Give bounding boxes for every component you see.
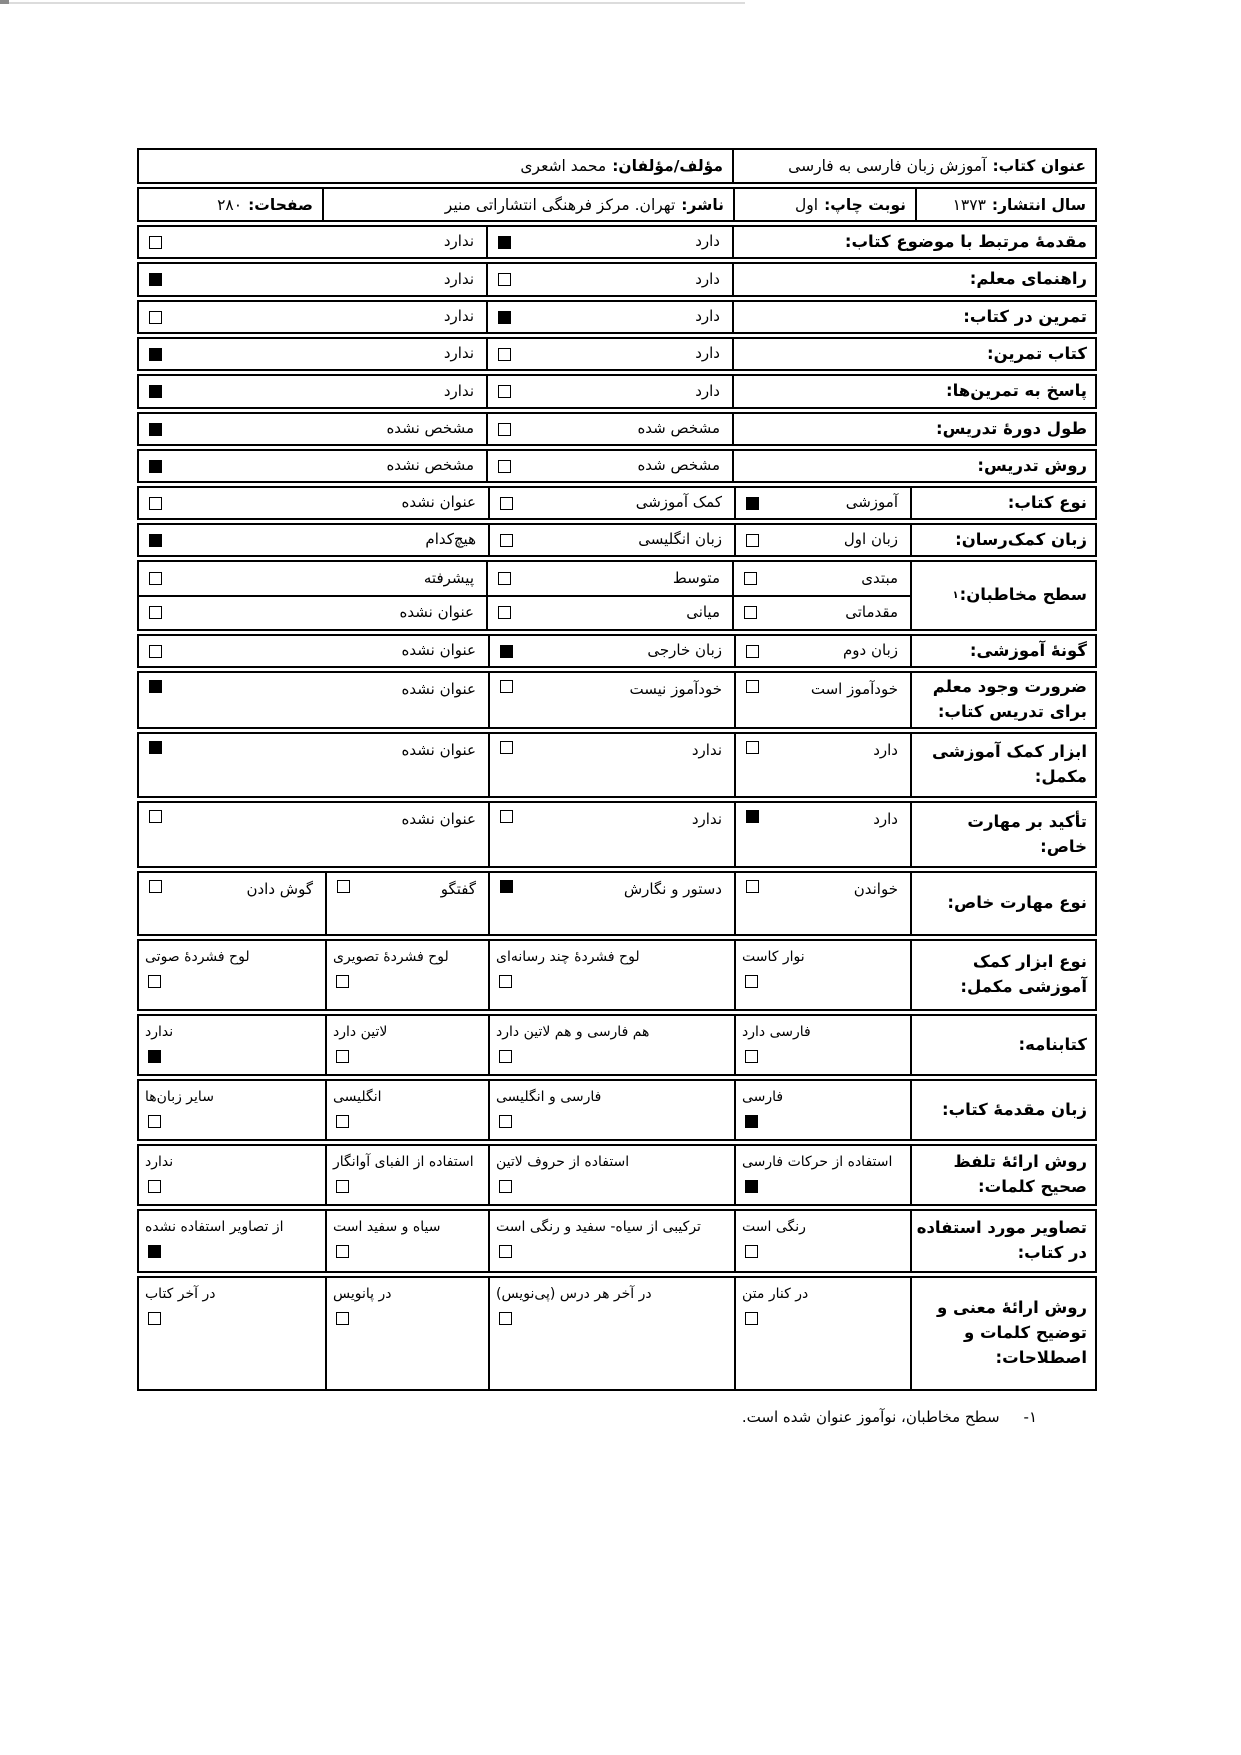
option-cell: ندارد — [139, 1146, 327, 1204]
option-cell: عنوان نشده — [139, 597, 488, 630]
row-label: زبان مقدمهٔ کتاب: — [912, 1081, 1095, 1139]
option-cell: دارد — [488, 339, 734, 369]
option-label: انگلیسی — [333, 1088, 484, 1106]
row-label-text: نوع مهارت خاص: — [947, 891, 1087, 916]
option-label: در کنار متن — [742, 1285, 906, 1303]
option-label: دارد — [873, 810, 898, 830]
option-cell: ندارد — [139, 1016, 327, 1074]
option-cell: مبتدی — [734, 562, 910, 595]
option-label: در آخر هر درس (پی‌نویس) — [496, 1285, 730, 1303]
option-cell: هم فارسی و هم لاتین دارد — [490, 1016, 736, 1074]
checkbox-unchecked-icon — [499, 1312, 512, 1325]
checkbox-checked-icon — [498, 236, 511, 249]
option-cell: ترکیبی از سیاه- سفید و رنگی است — [490, 1211, 736, 1271]
option-label: لوح فشردهٔ تصویری — [333, 948, 484, 966]
pages-count-value: ۲۸۰ — [217, 196, 242, 214]
checkbox-unchecked-icon — [148, 1180, 161, 1193]
option-sub-row: مقدماتیمیانیعنوان نشده — [139, 597, 910, 630]
checkbox-unchecked-icon — [148, 1115, 161, 1128]
author-cell: مؤلف/مؤلفان: محمد اشعری — [139, 150, 734, 182]
option-label: لاتین دارد — [333, 1023, 484, 1041]
row-label-text: زبان مقدمهٔ کتاب: — [942, 1098, 1087, 1123]
row-label: طول دورهٔ تدریس: — [734, 414, 1095, 444]
form-row: طول دورهٔ تدریس:مشخص شدهمشخص نشده — [137, 412, 1097, 446]
footnote-text: سطح مخاطبان، نوآموز عنوان شده است. — [742, 1408, 1000, 1426]
option-label: کمک آموزشی — [636, 493, 722, 513]
option-label: ندارد — [692, 741, 722, 761]
option-cell: دارد — [736, 734, 912, 796]
checkbox-unchecked-icon — [500, 680, 513, 693]
form-row: سطح مخاطبان:۱مبتدیمتوسطپیشرفتهمقدماتیمیا… — [137, 560, 1097, 631]
checkbox-unchecked-icon — [499, 975, 512, 988]
form-row: نوع کتاب:آموزشیکمک آموزشیعنوان نشده — [137, 486, 1097, 520]
option-cell: ندارد — [490, 734, 736, 796]
option-cell: ندارد — [139, 376, 488, 407]
form-row: کتاب تمرین:داردندارد — [137, 337, 1097, 371]
option-label: لوح فشردهٔ صوتی — [145, 948, 321, 966]
header-row-title: عنوان کتاب: آموزش زبان فارسی به فارسی مؤ… — [137, 148, 1097, 184]
option-label: عنوان نشده — [402, 810, 476, 830]
option-label: مشخص نشده — [386, 456, 474, 476]
option-cell: استفاده از حرکات فارسی — [736, 1146, 912, 1204]
publisher-value: تهران. مرکز فرهنگی انتشاراتی منیر — [445, 196, 676, 214]
checkbox-unchecked-icon — [336, 1312, 349, 1325]
option-cell: در پانویس — [327, 1278, 490, 1389]
row-label: پاسخ به تمرین‌ها: — [734, 376, 1095, 407]
checkbox-checked-icon — [149, 273, 162, 286]
author-label: مؤلف/مؤلفان: — [612, 157, 723, 175]
checkbox-checked-icon — [149, 385, 162, 398]
row-label: گونهٔ آموزشی: — [912, 636, 1095, 666]
form-row: نوع مهارت خاص:خواندندستور و نگارشگفتگوگو… — [137, 871, 1097, 936]
form-row: راهنمای معلم:داردندارد — [137, 262, 1097, 297]
option-label: متوسط — [673, 569, 720, 589]
option-label: فارسی دارد — [742, 1023, 906, 1041]
option-label: زبان اول — [844, 530, 898, 550]
row-label: ضرورت وجود معلم برای تدریس کتاب: — [912, 673, 1095, 727]
row-label-text: تمرین در کتاب: — [963, 305, 1087, 330]
row-label: تصاویر مورد استفاده در کتاب: — [912, 1211, 1095, 1271]
row-label: روش ارائهٔ تلفظ صحیح کلمات: — [912, 1146, 1095, 1204]
form-row: کتابنامه:فارسی داردهم فارسی و هم لاتین د… — [137, 1014, 1097, 1076]
checkbox-unchecked-icon — [746, 880, 759, 893]
row-label: راهنمای معلم: — [734, 264, 1095, 295]
row-label: نوع مهارت خاص: — [912, 873, 1095, 934]
checkbox-checked-icon — [746, 497, 759, 510]
option-cell: ندارد — [139, 302, 488, 332]
checkbox-unchecked-icon — [500, 741, 513, 754]
publish-year-value: ۱۳۷۳ — [953, 196, 986, 214]
row-label-text: سطح مخاطبان: — [960, 583, 1087, 608]
option-label: ندارد — [692, 810, 722, 830]
option-label: هم فارسی و هم لاتین دارد — [496, 1023, 730, 1041]
option-cell: خودآموز نیست — [490, 673, 736, 727]
option-cell: گوش دادن — [139, 873, 327, 934]
checkbox-unchecked-icon — [336, 1050, 349, 1063]
option-cell: نوار کاست — [736, 941, 912, 1009]
option-label: رنگی است — [742, 1218, 906, 1236]
checkbox-unchecked-icon — [499, 1050, 512, 1063]
form-row: زبان کمک‌رسان:زبان اولزبان انگلیسیهیچ‌کد… — [137, 523, 1097, 557]
option-label: در پانویس — [333, 1285, 484, 1303]
option-cell: آموزشی — [736, 488, 912, 518]
row-label-text: تصاویر مورد استفاده در کتاب: — [916, 1216, 1087, 1266]
book-title-value: آموزش زبان فارسی به فارسی — [788, 157, 986, 175]
checkbox-unchecked-icon — [149, 572, 162, 585]
checkbox-checked-icon — [149, 348, 162, 361]
checkbox-checked-icon — [148, 1050, 161, 1063]
checkbox-unchecked-icon — [336, 1115, 349, 1128]
checkbox-checked-icon — [149, 741, 162, 754]
row-label-text: گونهٔ آموزشی: — [970, 639, 1087, 664]
option-cell: کمک آموزشی — [490, 488, 736, 518]
row-label-text: روش ارائهٔ معنی و توضیح کلمات و اصطلاحات… — [916, 1296, 1087, 1370]
checkbox-unchecked-icon — [499, 1180, 512, 1193]
checkbox-unchecked-icon — [149, 311, 162, 324]
row-label-text: طول دورهٔ تدریس: — [936, 417, 1087, 442]
option-label: عنوان نشده — [402, 641, 476, 661]
scanned-book-form-page: عنوان کتاب: آموزش زبان فارسی به فارسی مؤ… — [0, 0, 1241, 1755]
edition-cell: نوبت چاپ: اول — [735, 189, 917, 220]
option-cell: عنوان نشده — [139, 636, 490, 666]
row-label: نوع کتاب: — [912, 488, 1095, 518]
book-evaluation-table: عنوان کتاب: آموزش زبان فارسی به فارسی مؤ… — [137, 148, 1097, 1394]
checkbox-checked-icon — [498, 311, 511, 324]
checkbox-unchecked-icon — [336, 1180, 349, 1193]
checkbox-unchecked-icon — [499, 1245, 512, 1258]
checkbox-checked-icon — [500, 645, 513, 658]
checkbox-unchecked-icon — [336, 1245, 349, 1258]
checkbox-unchecked-icon — [148, 975, 161, 988]
checkbox-unchecked-icon — [500, 497, 513, 510]
option-cell: در آخر کتاب — [139, 1278, 327, 1389]
checkbox-checked-icon — [149, 534, 162, 547]
option-cell: پیشرفته — [139, 562, 488, 595]
header-row-publication: سال انتشار: ۱۳۷۳ نوبت چاپ: اول ناشر: تهر… — [137, 187, 1097, 222]
option-cell: دارد — [736, 803, 912, 866]
form-row: روش تدریس:مشخص شدهمشخص نشده — [137, 449, 1097, 483]
row-label: روش تدریس: — [734, 451, 1095, 481]
option-cell: دارد — [488, 376, 734, 407]
option-label: سایر زبان‌ها — [145, 1088, 321, 1106]
form-row: ابزار کمک آموزشی مکمل:داردنداردعنوان نشد… — [137, 732, 1097, 798]
scan-artifact-corner — [0, 0, 9, 4]
checkbox-unchecked-icon — [149, 880, 162, 893]
row-label: کتاب تمرین: — [734, 339, 1095, 369]
checkbox-unchecked-icon — [745, 1050, 758, 1063]
edition-label: نوبت چاپ: — [824, 196, 906, 214]
row-label: سطح مخاطبان:۱ — [912, 562, 1095, 629]
checkbox-unchecked-icon — [498, 423, 511, 436]
option-cell: میانی — [488, 597, 734, 630]
row-label: ابزار کمک آموزشی مکمل: — [912, 734, 1095, 796]
row-label-text: روش ارائهٔ تلفظ صحیح کلمات: — [916, 1150, 1087, 1200]
option-cell: سیاه و سفید است — [327, 1211, 490, 1271]
option-label: دارد — [695, 344, 720, 364]
row-label-text: مقدمهٔ مرتبط با موضوع کتاب: — [845, 230, 1087, 255]
form-row: پاسخ به تمرین‌ها:داردندارد — [137, 374, 1097, 409]
option-label: خودآموز است — [811, 680, 898, 700]
edition-value: اول — [795, 196, 818, 214]
option-cell: مقدماتی — [734, 597, 910, 630]
option-label: خودآموز نیست — [630, 680, 722, 700]
option-label: دارد — [695, 232, 720, 252]
checkbox-checked-icon — [148, 1245, 161, 1258]
option-label: پیشرفته — [424, 569, 474, 589]
option-label: هیچ‌کدام — [425, 530, 476, 550]
option-label: فارسی و انگلیسی — [496, 1088, 730, 1106]
checkbox-unchecked-icon — [336, 975, 349, 988]
row-label-text: پاسخ به تمرین‌ها: — [946, 379, 1087, 404]
option-label: ندارد — [145, 1023, 321, 1041]
checkbox-unchecked-icon — [498, 606, 511, 619]
option-cell: فارسی — [736, 1081, 912, 1139]
checkbox-unchecked-icon — [498, 385, 511, 398]
option-label: ندارد — [444, 382, 474, 402]
checkbox-checked-icon — [149, 680, 162, 693]
checkbox-unchecked-icon — [498, 348, 511, 361]
option-label: فارسی — [742, 1088, 906, 1106]
row-label: کتابنامه: — [912, 1016, 1095, 1074]
form-row: ضرورت وجود معلم برای تدریس کتاب:خودآموز … — [137, 671, 1097, 729]
row-label-text: نوع کتاب: — [1008, 491, 1087, 516]
option-label: عنوان نشده — [400, 603, 474, 623]
row-label-text: روش تدریس: — [977, 454, 1087, 479]
checkbox-unchecked-icon — [149, 810, 162, 823]
form-row: تصاویر مورد استفاده در کتاب:رنگی استترکی… — [137, 1209, 1097, 1273]
option-label: ندارد — [444, 270, 474, 290]
option-cell: استفاده از الفبای آوانگار — [327, 1146, 490, 1204]
audience-level-options: مبتدیمتوسطپیشرفتهمقدماتیمیانیعنوان نشده — [139, 562, 912, 629]
publisher-label: ناشر: — [681, 196, 724, 214]
form-rows: مقدمهٔ مرتبط با موضوع کتاب:داردنداردراهن… — [137, 225, 1097, 1391]
form-row: تمرین در کتاب:داردندارد — [137, 300, 1097, 334]
checkbox-unchecked-icon — [745, 1312, 758, 1325]
option-label: در آخر کتاب — [145, 1285, 321, 1303]
option-label: ترکیبی از سیاه- سفید و رنگی است — [496, 1218, 730, 1236]
pages-count-cell: صفحات: ۲۸۰ — [139, 189, 324, 220]
pages-count-label: صفحات: — [248, 196, 313, 214]
form-row: مقدمهٔ مرتبط با موضوع کتاب:داردندارد — [137, 225, 1097, 259]
option-label: دستور و نگارش — [624, 880, 722, 900]
option-cell: عنوان نشده — [139, 803, 490, 866]
option-cell: استفاده از حروف لاتین — [490, 1146, 736, 1204]
option-cell: خواندن — [736, 873, 912, 934]
option-cell: گفتگو — [327, 873, 490, 934]
option-label: گفتگو — [441, 880, 476, 900]
form-row: گونهٔ آموزشی:زبان دومزبان خارجیعنوان نشد… — [137, 634, 1097, 668]
row-label-text: تأکید بر مهارت خاص: — [916, 810, 1087, 860]
option-label: ندارد — [444, 344, 474, 364]
option-label: آموزشی — [846, 493, 898, 513]
row-label: روش ارائهٔ معنی و توضیح کلمات و اصطلاحات… — [912, 1278, 1095, 1389]
checkbox-unchecked-icon — [149, 236, 162, 249]
option-cell: در کنار متن — [736, 1278, 912, 1389]
option-label: عنوان نشده — [402, 741, 476, 761]
checkbox-unchecked-icon — [498, 273, 511, 286]
option-cell: متوسط — [488, 562, 734, 595]
checkbox-checked-icon — [746, 810, 759, 823]
row-label-text: زبان کمک‌رسان: — [955, 528, 1087, 553]
checkbox-unchecked-icon — [148, 1312, 161, 1325]
option-label: سیاه و سفید است — [333, 1218, 484, 1236]
option-label: استفاده از حروف لاتین — [496, 1153, 730, 1171]
book-title-label: عنوان کتاب: — [992, 157, 1086, 175]
option-label: دارد — [695, 382, 720, 402]
form-row: تأکید بر مهارت خاص:داردنداردعنوان نشده — [137, 801, 1097, 868]
checkbox-unchecked-icon — [744, 606, 757, 619]
row-label-text: راهنمای معلم: — [970, 267, 1087, 292]
publish-year-cell: سال انتشار: ۱۳۷۳ — [917, 189, 1095, 220]
publish-year-label: سال انتشار: — [992, 196, 1086, 214]
form-row: روش ارائهٔ معنی و توضیح کلمات و اصطلاحات… — [137, 1276, 1097, 1391]
form-row: زبان مقدمهٔ کتاب:فارسیفارسی و انگلیسیانگ… — [137, 1079, 1097, 1141]
option-label: مبتدی — [861, 569, 898, 589]
option-label: زبان انگلیسی — [638, 530, 722, 550]
option-cell: زبان دوم — [736, 636, 912, 666]
option-label: استفاده از الفبای آوانگار — [333, 1153, 484, 1171]
checkbox-unchecked-icon — [745, 975, 758, 988]
option-cell: زبان انگلیسی — [490, 525, 736, 555]
checkbox-checked-icon — [745, 1115, 758, 1128]
option-label: گوش دادن — [246, 880, 313, 900]
checkbox-unchecked-icon — [337, 880, 350, 893]
checkbox-unchecked-icon — [499, 1115, 512, 1128]
checkbox-unchecked-icon — [149, 606, 162, 619]
row-label: تمرین در کتاب: — [734, 302, 1095, 332]
author-value: محمد اشعری — [520, 157, 606, 175]
option-cell: فارسی دارد — [736, 1016, 912, 1074]
option-cell: خودآموز است — [736, 673, 912, 727]
row-label: نوع ابزار کمک آموزشی مکمل: — [912, 941, 1095, 1009]
row-label-text: ضرورت وجود معلم برای تدریس کتاب: — [916, 675, 1087, 725]
option-label: ندارد — [145, 1153, 321, 1171]
option-cell: عنوان نشده — [139, 673, 490, 727]
row-label-text: کتابنامه: — [1019, 1033, 1087, 1058]
checkbox-checked-icon — [500, 880, 513, 893]
scan-artifact-streak — [0, 2, 745, 4]
option-cell: رنگی است — [736, 1211, 912, 1271]
checkbox-unchecked-icon — [498, 572, 511, 585]
option-cell: ندارد — [139, 227, 488, 257]
form-row: نوع ابزار کمک آموزشی مکمل:نوار کاستلوح ف… — [137, 939, 1097, 1011]
option-cell: لوح فشردهٔ چند رسانه‌ای — [490, 941, 736, 1009]
checkbox-unchecked-icon — [498, 460, 511, 473]
form-row: روش ارائهٔ تلفظ صحیح کلمات:استفاده از حر… — [137, 1144, 1097, 1206]
footnote-marker: ۱ — [952, 588, 958, 603]
option-label: دارد — [873, 741, 898, 761]
option-cell: لوح فشردهٔ صوتی — [139, 941, 327, 1009]
option-label: مشخص شده — [637, 456, 720, 476]
checkbox-unchecked-icon — [746, 534, 759, 547]
option-cell: سایر زبان‌ها — [139, 1081, 327, 1139]
row-label-text: کتاب تمرین: — [987, 342, 1087, 367]
option-cell: دستور و نگارش — [490, 873, 736, 934]
option-label: دارد — [695, 307, 720, 327]
checkbox-checked-icon — [149, 460, 162, 473]
option-cell: فارسی و انگلیسی — [490, 1081, 736, 1139]
option-cell: ندارد — [490, 803, 736, 866]
option-cell: ندارد — [139, 339, 488, 369]
option-label: مشخص نشده — [386, 419, 474, 439]
checkbox-unchecked-icon — [149, 497, 162, 510]
footnote-number: ۱- — [1024, 1408, 1037, 1426]
option-cell: مشخص نشده — [139, 451, 488, 481]
option-cell: در آخر هر درس (پی‌نویس) — [490, 1278, 736, 1389]
checkbox-unchecked-icon — [746, 680, 759, 693]
option-cell: مشخص نشده — [139, 414, 488, 444]
option-cell: زبان خارجی — [490, 636, 736, 666]
footnote: ۱-سطح مخاطبان، نوآموز عنوان شده است. — [742, 1408, 1037, 1426]
row-label: زبان کمک‌رسان: — [912, 525, 1095, 555]
option-cell: عنوان نشده — [139, 734, 490, 796]
checkbox-unchecked-icon — [744, 572, 757, 585]
checkbox-checked-icon — [149, 423, 162, 436]
option-cell: مشخص شده — [488, 451, 734, 481]
option-cell: دارد — [488, 264, 734, 295]
row-label-text: ابزار کمک آموزشی مکمل: — [916, 740, 1087, 790]
checkbox-checked-icon — [745, 1180, 758, 1193]
checkbox-unchecked-icon — [745, 1245, 758, 1258]
row-label-text: نوع ابزار کمک آموزشی مکمل: — [916, 950, 1087, 1000]
option-cell: دارد — [488, 227, 734, 257]
option-label: عنوان نشده — [402, 680, 476, 700]
checkbox-unchecked-icon — [746, 741, 759, 754]
option-label: میانی — [686, 603, 720, 623]
option-label: خواندن — [854, 880, 898, 900]
checkbox-unchecked-icon — [746, 645, 759, 658]
option-label: زبان خارجی — [647, 641, 722, 661]
option-sub-row: مبتدیمتوسطپیشرفته — [139, 562, 910, 597]
checkbox-unchecked-icon — [500, 534, 513, 547]
option-cell: هیچ‌کدام — [139, 525, 490, 555]
option-cell: ندارد — [139, 264, 488, 295]
option-cell: لاتین دارد — [327, 1016, 490, 1074]
option-label: مشخص شده — [637, 419, 720, 439]
option-cell: دارد — [488, 302, 734, 332]
option-cell: لوح فشردهٔ تصویری — [327, 941, 490, 1009]
option-cell: انگلیسی — [327, 1081, 490, 1139]
checkbox-unchecked-icon — [500, 810, 513, 823]
option-label: زبان دوم — [843, 641, 898, 661]
book-title-cell: عنوان کتاب: آموزش زبان فارسی به فارسی — [734, 150, 1095, 182]
option-label: استفاده از حرکات فارسی — [742, 1153, 906, 1171]
option-label: دارد — [695, 270, 720, 290]
option-label: ندارد — [444, 307, 474, 327]
row-label: تأکید بر مهارت خاص: — [912, 803, 1095, 866]
option-label: لوح فشردهٔ چند رسانه‌ای — [496, 948, 730, 966]
option-label: مقدماتی — [845, 603, 898, 623]
checkbox-unchecked-icon — [149, 645, 162, 658]
publisher-cell: ناشر: تهران. مرکز فرهنگی انتشاراتی منیر — [324, 189, 735, 220]
row-label: مقدمهٔ مرتبط با موضوع کتاب: — [734, 227, 1095, 257]
option-cell: مشخص شده — [488, 414, 734, 444]
option-label: از تصاویر استفاده نشده — [145, 1218, 321, 1236]
option-label: نوار کاست — [742, 948, 906, 966]
option-cell: از تصاویر استفاده نشده — [139, 1211, 327, 1271]
option-label: ندارد — [444, 232, 474, 252]
option-cell: زبان اول — [736, 525, 912, 555]
option-cell: عنوان نشده — [139, 488, 490, 518]
option-label: عنوان نشده — [402, 493, 476, 513]
